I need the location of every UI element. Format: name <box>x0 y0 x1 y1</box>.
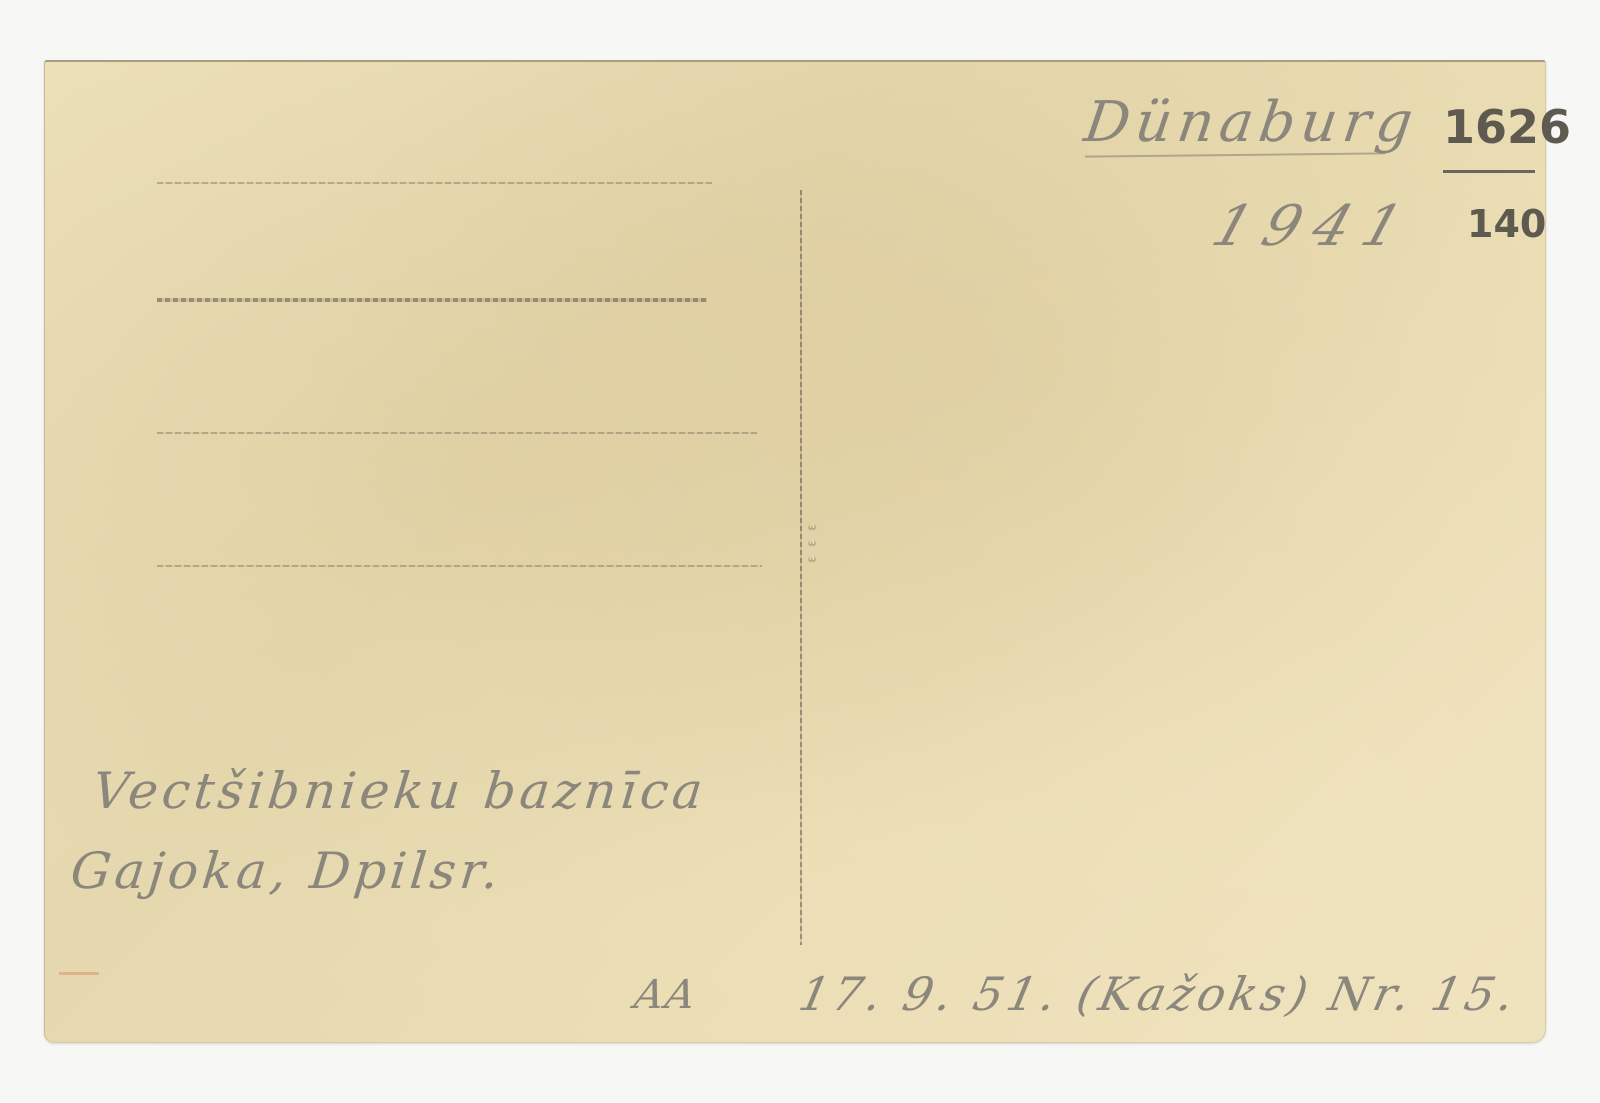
scan-background: Ɛ Ɛ Ɛ Dünaburg 1626 1941 140 Vectšibniek… <box>0 0 1600 1103</box>
address-line-2 <box>157 298 707 302</box>
catalog-number: 1626 <box>1443 100 1571 154</box>
year-annotation: 1941 <box>1204 194 1424 259</box>
center-divider-line <box>800 190 802 945</box>
catalog-number-underline <box>1443 170 1535 173</box>
caption-line-2: Gajoka, Dpilsr. <box>68 842 505 900</box>
red-pencil-mark <box>59 972 99 975</box>
sub-number: 140 <box>1467 202 1546 246</box>
reference-prefix: AA <box>631 972 701 1018</box>
address-line-3 <box>157 432 757 434</box>
address-line-1 <box>157 182 712 184</box>
address-line-4 <box>157 565 762 567</box>
postcard-back: Ɛ Ɛ Ɛ Dünaburg 1626 1941 140 Vectšibniek… <box>44 60 1546 1043</box>
caption-line-1: Vectšibnieku baznīca <box>90 762 709 820</box>
city-annotation: Dünaburg <box>1080 90 1422 155</box>
divider-print-mark: Ɛ Ɛ Ɛ <box>808 522 819 562</box>
reference-detail: 17. 9. 51. (Kažoks) Nr. 15. <box>794 967 1523 1021</box>
